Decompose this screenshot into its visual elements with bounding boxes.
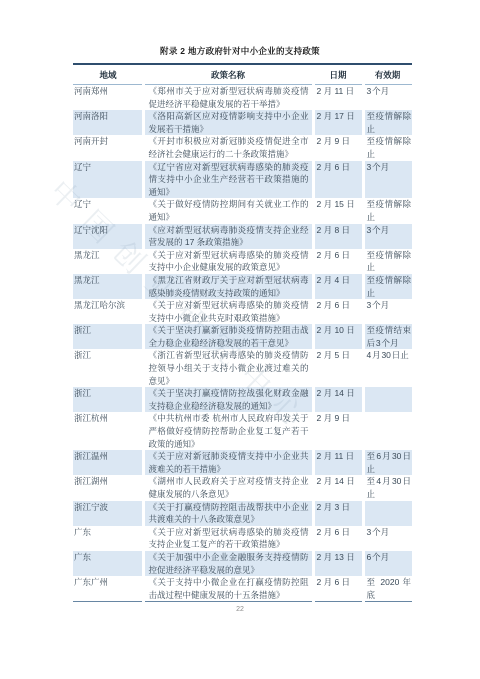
policy-table-body: 河南郑州 《郑州市关于应对新型冠状病毒肺炎疫情促进经济平稳健康发展的若干举措》 … (73, 85, 412, 602)
cell-region: 辽宁沈阳 (73, 224, 143, 249)
table-row: 河南开封 《开封市积极应对新冠肺炎疫情促进全市经济社会健康运行的二十条政策措施》… (73, 135, 412, 160)
cell-policy-name: 《中共杭州市委 杭州市人民政府印发关于严格做好疫情防控帮助企业复工复产若干政策的… (143, 412, 313, 450)
cell-validity: 至 6 月 30 日止 (363, 450, 412, 475)
cell-policy-name: 《应对新型冠状病毒肺炎疫情支持企业经营发展的 17 条政策措施》 (143, 224, 313, 249)
page-number: 22 (0, 606, 480, 613)
cell-region: 浙江湖州 (73, 475, 143, 500)
cell-validity: 3 个月 (363, 299, 412, 324)
table-row: 辽宁 《辽宁省应对新型冠状病毒感染的肺炎疫情支持中小企业生产经营若干政策措施的通… (73, 161, 412, 199)
cell-policy-name: 《关于应对新冠肺炎疫情支持中小企业共渡难关的若干措施》 (143, 450, 313, 475)
table-row: 浙江 《浙江省新型冠状病毒感染的肺炎疫情防控领导小组关于支持小微企业渡过难关的意… (73, 349, 412, 387)
cell-validity: 3 个月 (363, 161, 412, 199)
cell-policy-name: 《关于应对新型冠状病毒感染的肺炎疫情支持中小微企业共克时艰政策措施》 (143, 299, 313, 324)
cell-policy-name: 《浙江省新型冠状病毒感染的肺炎疫情防控领导小组关于支持小微企业渡过难关的意见》 (143, 349, 313, 387)
cell-date: 2 月 5 日 (313, 349, 363, 387)
cell-policy-name: 《关于坚决打赢新冠肺炎疫情防控阻击战全力稳企业稳经济稳发展的若干意见》 (143, 324, 313, 349)
cell-policy-name: 《湖州市人民政府关于应对疫情支持企业健康发展的八条意见》 (143, 475, 313, 500)
policy-table: 地域 政策名称 日期 有效期 河南郑州 《郑州市关于应对新型冠状病毒肺炎疫情促进… (73, 63, 412, 602)
cell-region: 广东广州 (73, 576, 143, 602)
column-header-region: 地域 (73, 64, 143, 85)
table-row: 辽宁沈阳 《应对新型冠状病毒肺炎疫情支持企业经营发展的 17 条政策措施》 2 … (73, 224, 412, 249)
cell-policy-name: 《关于坚决打赢疫情防控战强化财政金融支持稳企业稳经济稳发展的通知》 (143, 387, 313, 412)
cell-date: 2 月 6 日 (313, 576, 363, 602)
cell-region: 辽宁 (73, 198, 143, 223)
cell-policy-name: 《郑州市关于应对新型冠状病毒肺炎疫情促进经济平稳健康发展的若干举措》 (143, 85, 313, 111)
cell-date: 2 月 17 日 (313, 110, 363, 135)
cell-date: 2 月 14 日 (313, 475, 363, 500)
table-row: 浙江杭州 《中共杭州市委 杭州市人民政府印发关于严格做好疫情防控帮助企业复工复产… (73, 412, 412, 450)
cell-date: 2 月 3 日 (313, 501, 363, 526)
cell-policy-name: 《关于应对新型冠状病毒感染的肺炎疫情支持企业复工复产的若干政策措施》 (143, 526, 313, 551)
cell-validity: 3 个月 (363, 224, 412, 249)
cell-date: 2 月 10 日 (313, 324, 363, 349)
cell-region: 浙江 (73, 387, 143, 412)
cell-validity: 至疫情解除止 (363, 110, 412, 135)
cell-date: 2 月 14 日 (313, 387, 363, 412)
cell-region: 广东 (73, 551, 143, 576)
table-row: 浙江温州 《关于应对新冠肺炎疫情支持中小企业共渡难关的若干措施》 2 月 11 … (73, 450, 412, 475)
table-row: 浙江 《关于坚决打赢新冠肺炎疫情防控阻击战全力稳企业稳经济稳发展的若干意见》 2… (73, 324, 412, 349)
cell-validity: 至疫情解除止 (363, 249, 412, 274)
cell-policy-name: 《关于做好疫情防控期间有关就业工作的通知》 (143, 198, 313, 223)
cell-validity (363, 501, 412, 526)
cell-policy-name: 《关于支持中小微企业在打赢疫情防控阻击战过程中健康发展的十五条措施》 (143, 576, 313, 602)
cell-date: 2 月 15 日 (313, 198, 363, 223)
table-row: 广东 《关于加强中小企业金融服务支持疫情防控促进经济平稳发展的意见》 2 月 1… (73, 551, 412, 576)
cell-date: 2 月 13 日 (313, 551, 363, 576)
cell-policy-name: 《关于打赢疫情防控阻击战帮扶中小企业共渡难关的十八条政策意见》 (143, 501, 313, 526)
cell-region: 浙江 (73, 349, 143, 387)
cell-validity: 至疫情解除止 (363, 135, 412, 160)
cell-date: 2 月 11 日 (313, 450, 363, 475)
cell-date: 2 月 4 日 (313, 274, 363, 299)
cell-date: 2 月 6 日 (313, 526, 363, 551)
cell-region: 广东 (73, 526, 143, 551)
cell-date: 2 月 9 日 (313, 135, 363, 160)
column-header-policy: 政策名称 (143, 64, 313, 85)
cell-validity: 6 个月 (363, 551, 412, 576)
cell-policy-name: 《开封市积极应对新冠肺炎疫情促进全市经济社会健康运行的二十条政策措施》 (143, 135, 313, 160)
cell-validity: 3 个月 (363, 526, 412, 551)
table-row: 黑龙江哈尔滨 《关于应对新型冠状病毒感染的肺炎疫情支持中小微企业共克时艰政策措施… (73, 299, 412, 324)
cell-date: 2 月 6 日 (313, 161, 363, 199)
column-header-date: 日期 (313, 64, 363, 85)
cell-region: 河南洛阳 (73, 110, 143, 135)
cell-region: 黑龙江 (73, 274, 143, 299)
cell-region: 浙江 (73, 324, 143, 349)
table-header-row: 地域 政策名称 日期 有效期 (73, 64, 412, 85)
cell-region: 辽宁 (73, 161, 143, 199)
table-row: 浙江宁波 《关于打赢疫情防控阻击战帮扶中小企业共渡难关的十八条政策意见》 2 月… (73, 501, 412, 526)
table-row: 广东 《关于应对新型冠状病毒感染的肺炎疫情支持企业复工复产的若干政策措施》 2 … (73, 526, 412, 551)
table-row: 浙江湖州 《湖州市人民政府关于应对疫情支持企业健康发展的八条意见》 2 月 14… (73, 475, 412, 500)
cell-date: 2 月 6 日 (313, 299, 363, 324)
cell-region: 河南开封 (73, 135, 143, 160)
cell-region: 河南郑州 (73, 85, 143, 111)
cell-policy-name: 《关于加强中小企业金融服务支持疫情防控促进经济平稳发展的意见》 (143, 551, 313, 576)
document-page: 中国创业研究中心 附录 2 地方政府针对中小企业的支持政策 地域 政策名称 日期… (0, 0, 480, 679)
cell-validity: 至 4 月 30 日止 (363, 475, 412, 500)
column-header-validity: 有效期 (363, 64, 412, 85)
cell-date: 2 月 8 日 (313, 224, 363, 249)
cell-region: 黑龙江 (73, 249, 143, 274)
cell-date: 2 月 11 日 (313, 85, 363, 111)
cell-validity: 至疫情结束后 3 个月 (363, 324, 412, 349)
cell-region: 浙江杭州 (73, 412, 143, 450)
cell-policy-name: 《洛阳高新区应对疫情影响支持中小企业发展若干措施》 (143, 110, 313, 135)
cell-region: 浙江宁波 (73, 501, 143, 526)
table-row: 河南郑州 《郑州市关于应对新型冠状病毒肺炎疫情促进经济平稳健康发展的若干举措》 … (73, 85, 412, 111)
cell-validity: 至疫情解除止 (363, 198, 412, 223)
cell-region: 黑龙江哈尔滨 (73, 299, 143, 324)
table-row: 河南洛阳 《洛阳高新区应对疫情影响支持中小企业发展若干措施》 2 月 17 日 … (73, 110, 412, 135)
appendix-title: 附录 2 地方政府针对中小企业的支持政策 (0, 0, 480, 57)
cell-validity: 至 2020 年底 (363, 576, 412, 602)
cell-validity (363, 387, 412, 412)
cell-policy-name: 《黑龙江省财政厅关于应对新型冠状病毒感染肺炎疫情财政支持政策的通知》 (143, 274, 313, 299)
cell-region: 浙江温州 (73, 450, 143, 475)
table-row: 广东广州 《关于支持中小微企业在打赢疫情防控阻击战过程中健康发展的十五条措施》 … (73, 576, 412, 602)
cell-validity: 至疫情解除止 (363, 274, 412, 299)
cell-validity: 4 月 30 日止 (363, 349, 412, 387)
cell-validity: 3 个月 (363, 85, 412, 111)
table-row: 黑龙江 《关于应对新型冠状病毒感染的肺炎疫情支持中小企业健康发展的政策意见》 2… (73, 249, 412, 274)
cell-date: 2 月 9 日 (313, 412, 363, 450)
table-row: 浙江 《关于坚决打赢疫情防控战强化财政金融支持稳企业稳经济稳发展的通知》 2 月… (73, 387, 412, 412)
table-row: 辽宁 《关于做好疫情防控期间有关就业工作的通知》 2 月 15 日 至疫情解除止 (73, 198, 412, 223)
cell-date: 2 月 6 日 (313, 249, 363, 274)
table-row: 黑龙江 《黑龙江省财政厅关于应对新型冠状病毒感染肺炎疫情财政支持政策的通知》 2… (73, 274, 412, 299)
cell-policy-name: 《关于应对新型冠状病毒感染的肺炎疫情支持中小企业健康发展的政策意见》 (143, 249, 313, 274)
cell-validity (363, 412, 412, 450)
cell-policy-name: 《辽宁省应对新型冠状病毒感染的肺炎疫情支持中小企业生产经营若干政策措施的通知》 (143, 161, 313, 199)
